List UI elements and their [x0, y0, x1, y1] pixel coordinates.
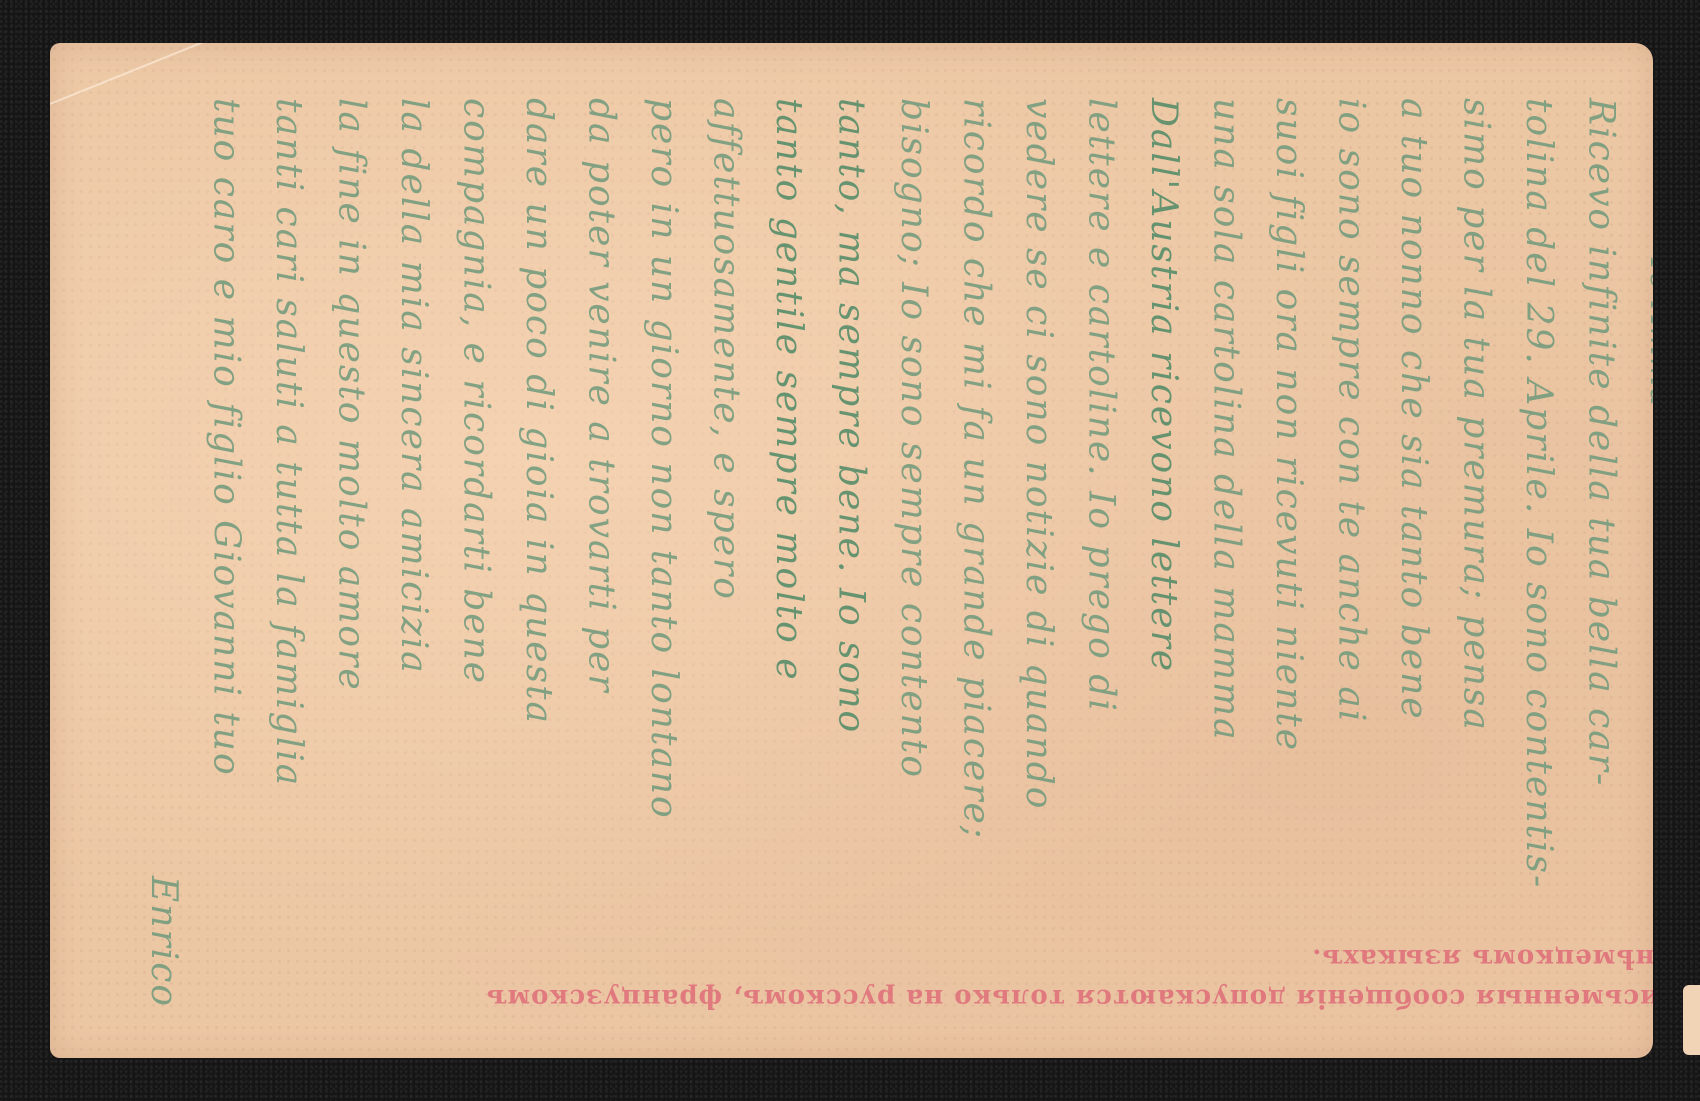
printed-notice-line-2: и нѣмецкомъ языкахъ. [225, 938, 1653, 978]
adjacent-card-edge [1683, 985, 1700, 1055]
handwritten-line: tanto, ma sempre bene. Io sono [833, 98, 869, 1058]
card-crease [50, 43, 273, 105]
handwritten-line: la fine in questo molto amore [333, 98, 369, 1058]
handwritten-line: da poter venire a trovarti per [583, 98, 619, 1058]
handwritten-line: compagnia, e ricordarti bene [458, 98, 494, 1058]
handwritten-line: affettuosamente, e spero [708, 98, 744, 1058]
handwritten-line: ricordo che mi fa un grande piacere; [958, 98, 994, 1058]
printed-notice-line-1: Письменныя сообщенія допускаются только … [225, 978, 1653, 1018]
handwritten-line: Ricevo infinite della tua bella car- [1583, 98, 1619, 1058]
handwritten-line: bisogno; Io sono sempre contento [895, 98, 931, 1058]
handwritten-line: tanti cari saluti a tutta la famiglia [270, 98, 306, 1058]
handwritten-line: io sono sempre con te anche ai [1333, 98, 1369, 1058]
handwritten-line: dare un poco di gioia in questa [520, 98, 556, 1058]
handwritten-line: Io Amma [1645, 98, 1653, 1058]
handwritten-line: una sola cartolina della mamma [1208, 98, 1244, 1058]
handwritten-line: vedere se ci sono notizie di quando [1020, 98, 1056, 1058]
postcard: Io Amma Ricevo infinite della tua bella … [50, 43, 1653, 1058]
handwritten-line: tolina del 29. Aprile. Io sono contentis… [1520, 98, 1556, 1058]
printed-notice: Письменныя сообщенія допускаются только … [225, 938, 1653, 1018]
handwritten-line: lettere e cartoline. Io prego di [1083, 98, 1119, 1058]
signature: Enrico [145, 876, 181, 1058]
handwritten-line: Dall'Austria ricevono lettere [1145, 98, 1181, 1058]
handwritten-line: tanto gentile sempre molto e [770, 98, 806, 1058]
handwritten-message: Io Amma Ricevo infinite della tua bella … [130, 98, 1653, 1058]
handwritten-line: tuo caro e mio figlio Giovanni tuo [208, 98, 244, 1058]
handwritten-line: suoi figli ora non ricevuti niente [1270, 98, 1306, 1058]
handwritten-line: pero in un giorno non tanto lontano [645, 98, 681, 1058]
handwritten-line: a tuo nonno che sia tanto bene [1395, 98, 1431, 1058]
handwritten-line: simo per la tua premura; pensa [1458, 98, 1494, 1058]
handwritten-line: la della mia sincera amicizia [395, 98, 431, 1058]
